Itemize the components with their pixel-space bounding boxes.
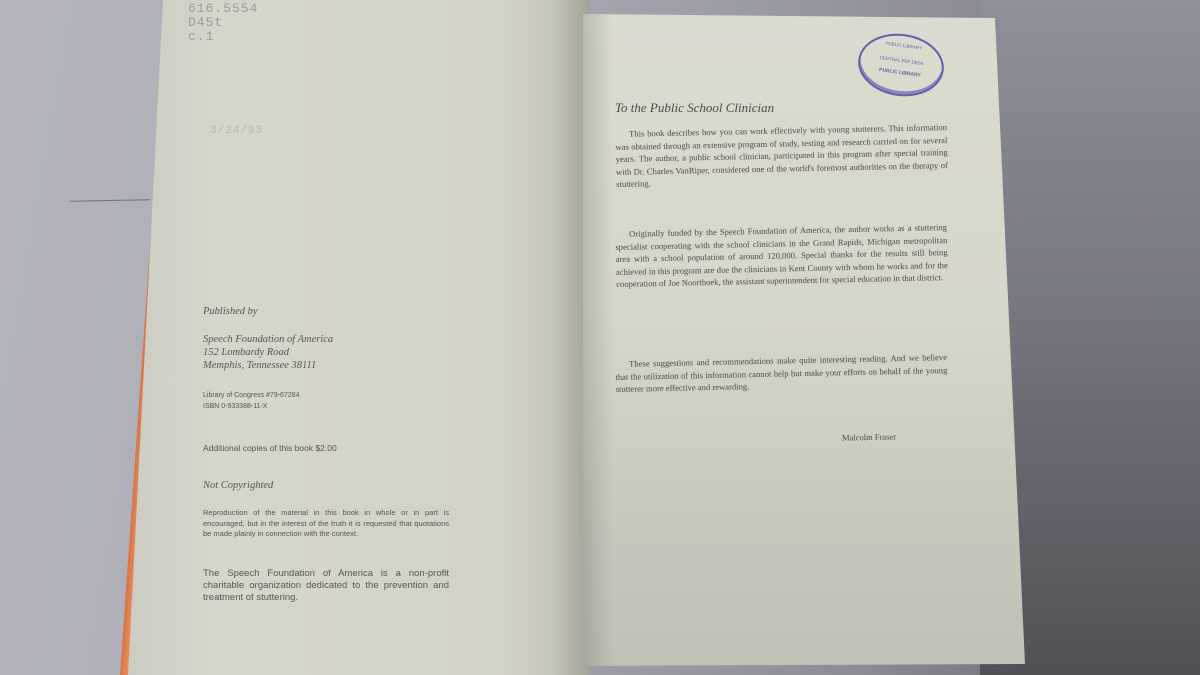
isbn: ISBN 0-933388-11-X — [203, 401, 300, 412]
pencil-note: D45t — [188, 16, 258, 30]
paragraph: These suggestions and recommendations ma… — [615, 351, 948, 396]
address-line: 152 Lombardy Road — [203, 346, 333, 359]
paragraph: This book describes how you can work eff… — [615, 121, 948, 191]
additional-copies-price: Additional copies of this book $2.00 — [203, 443, 337, 453]
background-crease — [70, 199, 150, 201]
dedication-title: To the Public School Clinician — [615, 100, 947, 116]
right-page-gutter — [583, 14, 613, 666]
published-by-label: Published by — [203, 306, 258, 317]
reproduction-notice: Reproduction of the material in this boo… — [203, 508, 449, 540]
nonprofit-statement: The Speech Foundation of America is a no… — [203, 568, 449, 604]
photo-scene: 616.5554 D45t c.1 3/24/93 Published by S… — [0, 0, 1200, 675]
address-line: Memphis, Tennessee 38111 — [203, 359, 333, 372]
publisher-address: Speech Foundation of America 152 Lombard… — [203, 333, 333, 372]
faint-mark: 3/24/93 — [210, 125, 263, 137]
copyright-heading: Not Copyrighted — [203, 480, 273, 491]
library-info: Library of Congress #79-67284 ISBN 0-933… — [203, 390, 300, 412]
pencil-call-number: 616.5554 D45t c.1 — [188, 2, 258, 44]
pencil-note: c.1 — [188, 30, 258, 44]
library-of-congress: Library of Congress #79-67284 — [203, 390, 300, 401]
pencil-note: 616.5554 — [188, 2, 258, 16]
address-line: Speech Foundation of America — [203, 333, 333, 346]
paragraph: Originally funded by the Speech Foundati… — [615, 221, 948, 291]
signature: Malcolm Fraser — [842, 431, 896, 442]
